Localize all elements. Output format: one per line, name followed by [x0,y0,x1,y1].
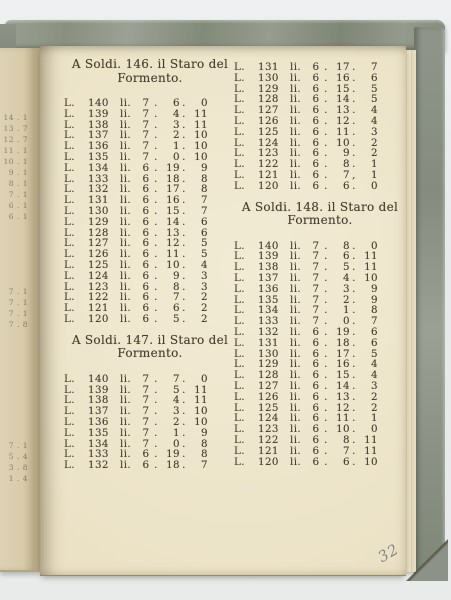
soldi-value: 5 [160,314,180,325]
lira-label: L. [234,457,256,468]
li-label: li. [118,460,140,471]
lira-label: L. [64,374,86,385]
lire-value: 6 [310,127,322,138]
soldi-value: 18 [160,460,180,471]
soldi-value: 1 [160,428,180,439]
book-cover-right-edge [414,27,445,576]
table-row: L.134li.6.19.9 [64,163,236,174]
lira-value: 135 [86,428,118,439]
li-label: li. [118,217,140,228]
lira-value: 131 [256,338,288,349]
lira-label: L. [64,460,86,471]
denari-value: 6 [188,217,208,228]
table-heading-line: A Soldi. 148. il Staro del [234,201,406,215]
book-page: A Soldi. 146. il Staro delFormento.L.140… [40,46,406,576]
soldi-value: 4 [160,109,180,120]
li-label: li. [288,181,310,192]
soldi-value: 6 [330,181,350,192]
spine-text-fragments: 7 . 15 . 43 . 81 . 4 [1,440,28,484]
separator: . [180,109,188,120]
li-label: li. [118,271,140,282]
photo-background: 14 . 113 . 712 . 711 . 110 . 19 . 18 . 1… [0,0,451,600]
separator: . [350,338,358,349]
table-heading-line: Formento. [64,72,236,86]
soldi-value: 13 [330,392,350,403]
table-row: L.124li.6.9.3 [64,271,236,282]
spine-text-fragment: 7 . 1 [1,308,28,319]
separator: . [180,460,188,471]
cover-corner-fold [396,531,448,581]
lire-value: 6 [310,457,322,468]
lire-value: 6 [310,73,322,84]
denari-value: 6 [358,73,378,84]
spine-text-fragments: 7 . 17 . 17 . 17 . 8 [1,286,28,330]
table-row-group: L.140li.7.7.0L.139li.7.5.11L.138li.7.4.1… [64,374,236,471]
soldi-value: 7 [330,446,350,457]
separator: . [152,314,160,325]
denari-value: 2 [358,392,378,403]
separator: . [152,163,160,174]
separator: . [350,446,358,457]
lira-value: 125 [256,127,288,138]
li-label: li. [118,428,140,439]
lira-value: 129 [86,217,118,228]
separator: . [322,338,330,349]
separator: . [322,127,330,138]
separator: . [152,460,160,471]
separator: . [152,374,160,385]
table-row: L.120li.6.6.10 [234,457,406,468]
table-row: L.131li.6.18.6 [234,338,406,349]
lira-label: L. [64,109,86,120]
denari-value: 3 [358,127,378,138]
soldi-value: 16 [330,73,350,84]
denari-value: 6 [358,338,378,349]
lira-label: L. [234,127,256,138]
table-heading-line: A Soldi. 146. il Staro del [64,58,236,72]
lire-value: 6 [140,314,152,325]
li-label: li. [118,109,140,120]
lire-value: 6 [140,217,152,228]
spine-text-fragment: 3 . 8 [1,462,28,473]
lire-value: 6 [140,163,152,174]
li-label: li. [288,284,310,295]
spine-text-fragment: 13 . 7 [1,123,28,134]
table-heading: A Soldi. 148. il Staro delFormento. [234,201,406,228]
spine-text-fragment: 6 . 1 [1,200,28,211]
lira-value: 124 [86,271,118,282]
spine-text-fragment: 7 . 1 [1,440,28,451]
li-label: li. [288,392,310,403]
denari-value: 0 [188,374,208,385]
separator: . [180,374,188,385]
lire-value: 7 [310,284,322,295]
separator: . [350,181,358,192]
separator: . [180,428,188,439]
previous-page-edge: 14 . 113 . 712 . 711 . 110 . 19 . 18 . 1… [0,48,42,572]
table-heading-line: A Soldi. 147. il Staro del [64,334,236,348]
lire-value: 7 [140,109,152,120]
separator: . [322,181,330,192]
lire-value: 6 [140,271,152,282]
table-row: L.139li.7.4.11 [64,109,236,120]
spine-text-fragment: 5 . 4 [1,451,28,462]
spine-text-fragment: 12 . 7 [1,134,28,145]
table-row: L.140li.7.7.0 [64,374,236,385]
li-label: li. [288,73,310,84]
lira-label: L. [64,163,86,174]
li-label: li. [118,374,140,385]
soldi-value: 7 [160,374,180,385]
spine-text-fragment: 7 . 1 [1,297,28,308]
table-row: L.135li.7.1.9 [64,428,236,439]
separator: . [180,217,188,228]
lira-label: L. [64,271,86,282]
lira-label: L. [234,284,256,295]
lire-value: 7 [140,428,152,439]
lire-value: 6 [140,460,152,471]
separator: . [322,457,330,468]
separator: . [180,163,188,174]
separator: . [152,428,160,439]
table-heading: A Soldi. 147. il Staro delFormento. [64,334,236,361]
lira-label: L. [234,338,256,349]
denari-value: 0 [358,181,378,192]
table-row: L.126li.6.13.2 [234,392,406,403]
li-label: li. [288,457,310,468]
spine-text-fragment: 1 . 4 [1,473,28,484]
table-row: L.120li.6.6.0 [234,181,406,192]
table-row: L.136li.7.3.9 [234,284,406,295]
soldi-value: 3 [330,284,350,295]
separator: . [350,127,358,138]
lira-value: 130 [256,73,288,84]
table-column-right: L.131li.6.17.7L.130li.6.16.6L.129li.6.15… [234,62,406,467]
table-row: L.130li.6.16.6 [234,73,406,84]
soldi-value: 14 [160,217,180,228]
separator: . [180,271,188,282]
table-row: L.125li.6.11.3 [234,127,406,138]
denari-value: 11 [188,109,208,120]
denari-value: 9 [188,163,208,174]
denari-value: 10 [358,457,378,468]
table-row: L.132li.6.18.7 [64,460,236,471]
lira-label: L. [234,446,256,457]
denari-value: 3 [188,271,208,282]
li-label: li. [288,338,310,349]
li-label: li. [288,446,310,457]
lira-label: L. [234,181,256,192]
soldi-value: 19 [160,163,180,174]
lire-value: 6 [310,446,322,457]
table-row-group: L.131li.6.17.7L.130li.6.16.6L.129li.6.15… [234,62,406,192]
separator: . [322,73,330,84]
soldi-value: 18 [330,338,350,349]
lira-label: L. [234,73,256,84]
denari-value: 9 [188,428,208,439]
lira-value: 120 [86,314,118,325]
lire-value: 7 [140,374,152,385]
lira-value: 132 [86,460,118,471]
spine-text-fragment: 7 . 1 [1,286,28,297]
lire-value: 6 [310,338,322,349]
li-label: li. [288,127,310,138]
separator: . [350,73,358,84]
spine-text-fragment: 7 . 1 [1,189,28,200]
separator: . [152,217,160,228]
soldi-value: 9 [160,271,180,282]
spine-text-fragment: 8 . 1 [1,178,28,189]
denari-value: 2 [188,314,208,325]
separator: . [350,284,358,295]
denari-value: 9 [358,284,378,295]
table-row: L.121li.6.7.11 [234,446,406,457]
denari-value: 7 [188,460,208,471]
lira-label: L. [234,392,256,403]
separator: . [322,284,330,295]
table-row: L.120li.6.5.2 [64,314,236,325]
table-heading-line: Formento. [234,214,406,228]
lire-value: 6 [310,181,322,192]
table-row-group: L.140li.7.6.0L.139li.7.4.11L.138li.7.3.1… [64,98,236,325]
separator: . [322,446,330,457]
lira-value: 121 [256,446,288,457]
lire-value: 6 [310,392,322,403]
lira-label: L. [64,314,86,325]
separator: . [152,109,160,120]
li-label: li. [118,314,140,325]
spine-text-fragments: 14 . 113 . 712 . 711 . 110 . 19 . 18 . 1… [1,112,28,222]
lira-value: 120 [256,181,288,192]
table-row-group: L.140li.7.8.0L.139li.7.6.11L.138li.7.5.1… [234,241,406,468]
spine-text-fragment: 11 . 1 [1,145,28,156]
soldi-value: 11 [330,127,350,138]
lira-value: 136 [256,284,288,295]
lira-value: 134 [86,163,118,174]
lira-value: 120 [256,457,288,468]
lira-value: 139 [86,109,118,120]
separator: . [152,271,160,282]
spine-text-fragment: 9 . 1 [1,167,28,178]
spine-text-fragment: 14 . 1 [1,112,28,123]
lira-value: 126 [256,392,288,403]
table-column-left: A Soldi. 146. il Staro delFormento.L.140… [64,58,236,471]
separator: . [350,392,358,403]
lira-value: 140 [86,374,118,385]
spine-text-fragment: 6 . 1 [1,211,28,222]
separator: . [180,314,188,325]
table-heading: A Soldi. 146. il Staro delFormento. [64,58,236,85]
soldi-value: 6 [330,457,350,468]
spine-text-fragment: 10 . 1 [1,156,28,167]
separator: . [322,392,330,403]
spine-text-fragment: 7 . 8 [1,319,28,330]
separator: . [350,457,358,468]
table-heading-line: Formento. [64,347,236,361]
lira-label: L. [64,217,86,228]
lira-label: L. [64,428,86,439]
li-label: li. [118,163,140,174]
denari-value: 11 [358,446,378,457]
table-row: L.129li.6.14.6 [64,217,236,228]
